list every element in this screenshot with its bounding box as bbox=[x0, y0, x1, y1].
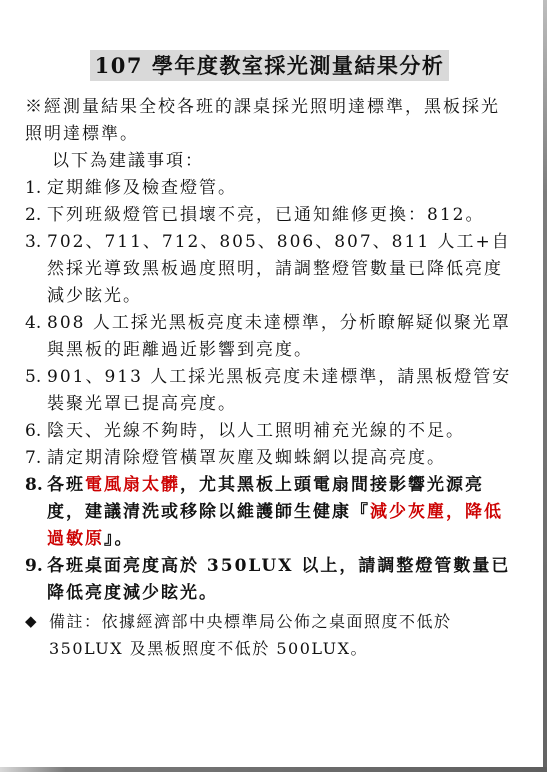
page-border-bottom bbox=[0, 767, 547, 772]
item-number: 8. bbox=[25, 472, 47, 553]
list-item: 2. 下列班級燈管已損壞不亮，已通知維修更換：812。 bbox=[25, 202, 514, 229]
intro-line-1: ※經測量結果全校各班的課桌採光照明達標準，黑板採光照明達標準。 bbox=[25, 94, 514, 148]
list-item: 7. 請定期清除燈管橫罩灰塵及蜘蛛網以提高亮度。 bbox=[25, 445, 514, 472]
item-number: 7. bbox=[25, 445, 47, 472]
page-title-highlight: 107 學年度教室採光測量結果分析 bbox=[90, 50, 450, 81]
page-title: 107 學年度教室採光測量結果分析 bbox=[25, 50, 514, 81]
note-text: 備註：依據經濟部中央標準局公佈之桌面照度不低於 350LUX 及黑板照度不低於 … bbox=[49, 608, 514, 662]
item-number: 2. bbox=[25, 202, 47, 229]
list-item: 1. 定期維修及檢查燈管。 bbox=[25, 175, 514, 202]
recommendation-list: 1. 定期維修及檢查燈管。 2. 下列班級燈管已損壞不亮，已通知維修更換：812… bbox=[25, 175, 514, 607]
intro-line-2: 以下為建議事項： bbox=[25, 148, 514, 175]
item-text-segment: 』。 bbox=[104, 529, 134, 549]
item-text: 下列班級燈管已損壞不亮，已通知維修更換：812。 bbox=[47, 202, 514, 229]
item-text: 請定期清除燈管橫罩灰塵及蜘蛛網以提高亮度。 bbox=[47, 445, 514, 472]
item-text-segment: 各班 bbox=[47, 475, 85, 495]
item-text: 各班電風扇太髒，尤其黑板上頭電扇間接影響光源亮度，建議清洗或移除以維護師生健康『… bbox=[47, 472, 514, 553]
page-border-right bbox=[543, 0, 547, 772]
item-number: 5. bbox=[25, 364, 47, 418]
list-item: 6. 陰天、光線不夠時，以人工照明補充光線的不足。 bbox=[25, 418, 514, 445]
item-text: 702、711、712、805、806、807、811 人工+自然採光導致黑板過… bbox=[47, 229, 514, 310]
list-item: 9. 各班桌面亮度高於 350LUX 以上，請調整燈管數量已降低亮度減少眩光。 bbox=[25, 553, 514, 607]
list-item: 4. 808 人工採光黑板亮度未達標準，分析瞭解疑似聚光罩與黑板的距離過近影響到… bbox=[25, 310, 514, 364]
document-content: 107 學年度教室採光測量結果分析 ※經測量結果全校各班的課桌採光照明達標準，黑… bbox=[0, 0, 547, 662]
item-number: 6. bbox=[25, 418, 47, 445]
item-number: 9. bbox=[25, 553, 47, 607]
item-number: 1. bbox=[25, 175, 47, 202]
item-text: 定期維修及檢查燈管。 bbox=[47, 175, 514, 202]
intro-paragraph: ※經測量結果全校各班的課桌採光照明達標準，黑板採光照明達標準。 以下為建議事項： bbox=[25, 94, 514, 175]
item-text: 陰天、光線不夠時，以人工照明補充光線的不足。 bbox=[47, 418, 514, 445]
list-item: 8. 各班電風扇太髒，尤其黑板上頭電扇間接影響光源亮度，建議清洗或移除以維護師生… bbox=[25, 472, 514, 553]
item-text: 808 人工採光黑板亮度未達標準，分析瞭解疑似聚光罩與黑板的距離過近影響到亮度。 bbox=[47, 310, 514, 364]
list-item: 3. 702、711、712、805、806、807、811 人工+自然採光導致… bbox=[25, 229, 514, 310]
item-text: 各班桌面亮度高於 350LUX 以上，請調整燈管數量已降低亮度減少眩光。 bbox=[47, 553, 514, 607]
item-text-segment-red: 電風扇太髒 bbox=[85, 475, 180, 495]
item-text: 901、913 人工採光黑板亮度未達標準，請黑板燈管安裝聚光罩已提高亮度。 bbox=[47, 364, 514, 418]
item-number: 3. bbox=[25, 229, 47, 310]
item-number: 4. bbox=[25, 310, 47, 364]
diamond-bullet-icon: ◆ bbox=[25, 608, 49, 662]
document-page: 107 學年度教室採光測量結果分析 ※經測量結果全校各班的課桌採光照明達標準，黑… bbox=[0, 0, 547, 772]
list-item: 5. 901、913 人工採光黑板亮度未達標準，請黑板燈管安裝聚光罩已提高亮度。 bbox=[25, 364, 514, 418]
note-paragraph: ◆ 備註：依據經濟部中央標準局公佈之桌面照度不低於 350LUX 及黑板照度不低… bbox=[25, 608, 514, 662]
